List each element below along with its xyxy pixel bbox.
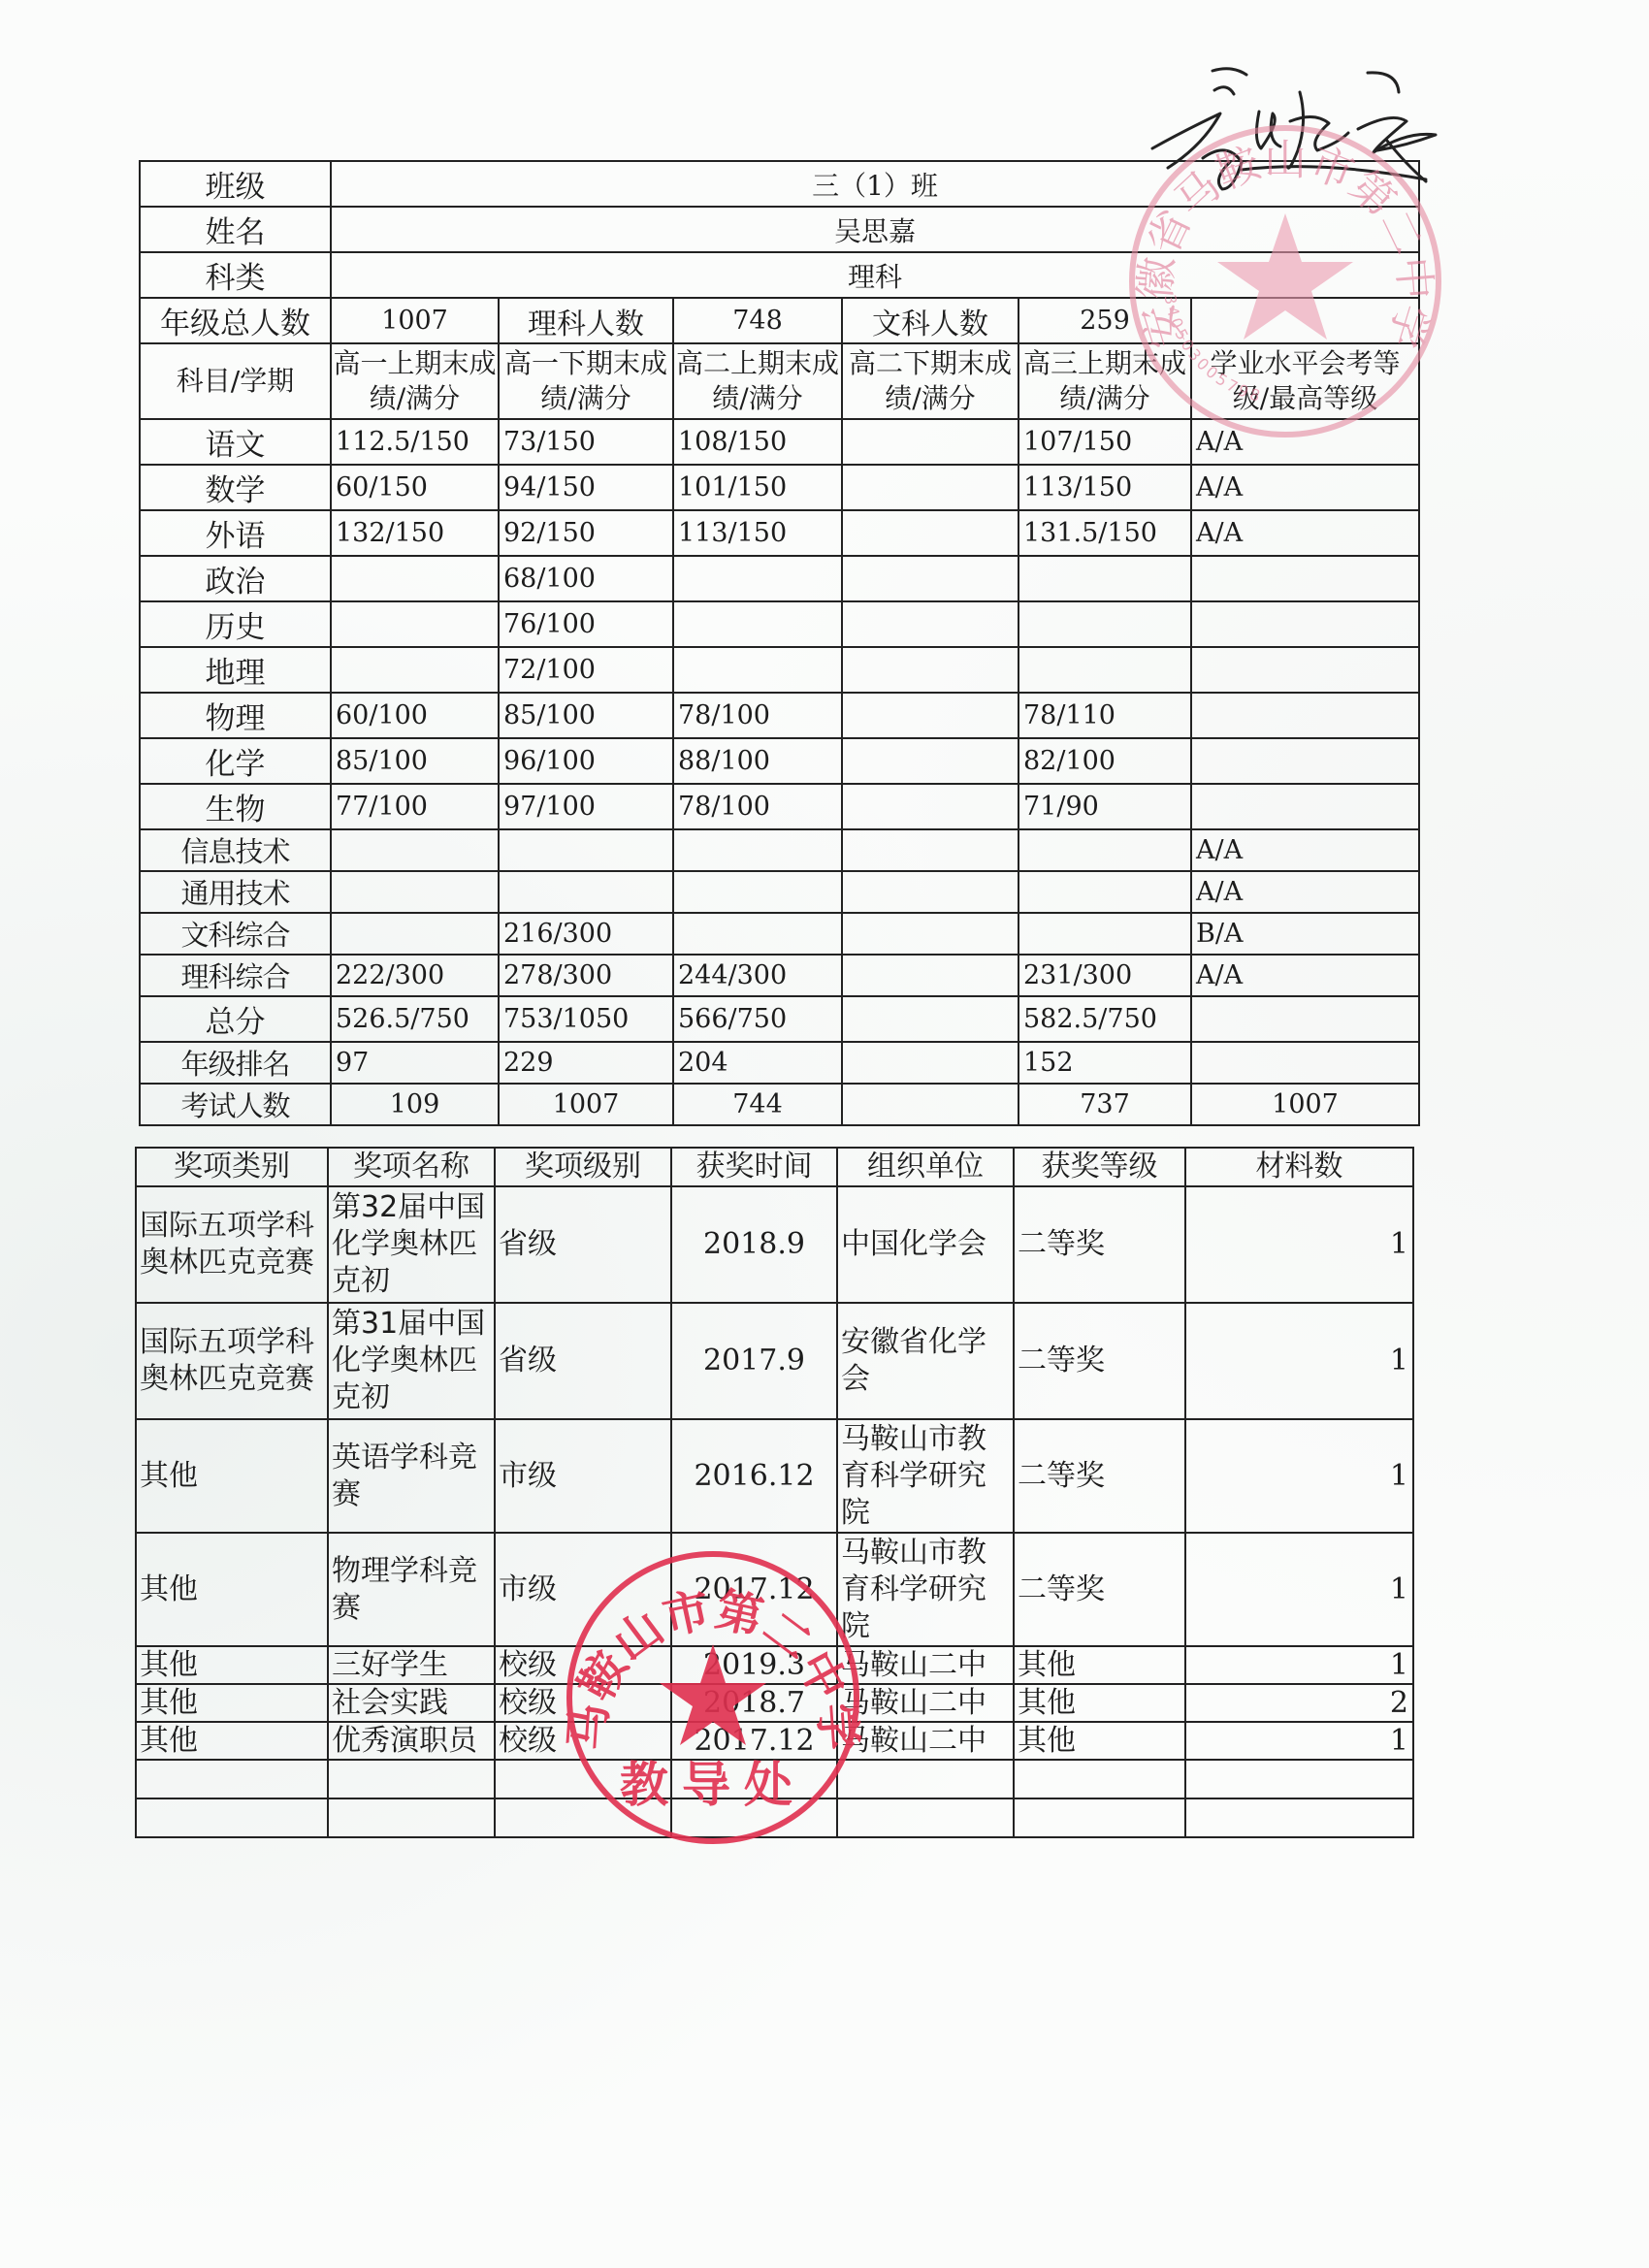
grade-cell: A/A [1191,510,1419,556]
grade-cell: 96/100 [499,738,673,784]
grade-cell: 278/300 [499,955,673,996]
award-grade: 二等奖 [1014,1303,1185,1419]
grade-cell: 60/150 [331,465,499,510]
grade-cell [842,693,1018,738]
science-count-label: 理科人数 [499,298,673,343]
term-header: 学业水平会考等级/最高等级 [1191,343,1419,419]
grade-cell [842,556,1018,601]
grade-row: 信息技术A/A [140,829,1419,871]
grade-cell [331,601,499,647]
empty-cell [1014,1798,1185,1837]
award-date: 2018.7 [671,1684,837,1722]
award-level: 省级 [495,1186,671,1303]
science-count-value: 748 [673,298,842,343]
grade-cell: 97 [331,1042,499,1084]
subject-label: 数学 [140,465,331,510]
grade-cell [1191,556,1419,601]
award-grade: 二等奖 [1014,1533,1185,1646]
exam-count-cell: 1007 [499,1084,673,1125]
grade-cell [842,955,1018,996]
grade-cell [673,601,842,647]
grade-cell [842,465,1018,510]
grade-cell [842,738,1018,784]
grade-cell [1018,871,1191,913]
grade-rows: 语文112.5/15073/150108/150107/150A/A数学60/1… [140,419,1419,1084]
grade-row: 通用技术A/A [140,871,1419,913]
award-category: 其他 [136,1722,328,1760]
award-grade: 其他 [1014,1722,1185,1760]
award-category: 国际五项学科奥林匹克竞赛 [136,1186,328,1303]
grade-cell: 131.5/150 [1018,510,1191,556]
award-column-header: 获奖等级 [1014,1148,1185,1186]
empty-cell [136,1760,328,1798]
award-date: 2018.9 [671,1186,837,1303]
empty-cell [1185,1760,1413,1798]
grade-row: 外语132/15092/150113/150131.5/150A/A [140,510,1419,556]
award-column-header: 组织单位 [837,1148,1014,1186]
grade-cell [673,829,842,871]
counts-row: 年级总人数 1007 理科人数 748 文科人数 259 [140,298,1419,343]
award-organizer: 马鞍山二中 [837,1722,1014,1760]
term-header: 高二下期末成绩/满分 [842,343,1018,419]
grade-cell: B/A [1191,913,1419,955]
award-date: 2017.9 [671,1303,837,1419]
award-grade: 其他 [1014,1684,1185,1722]
grade-cell [1018,556,1191,601]
grade-cell [331,829,499,871]
grade-cell [331,913,499,955]
award-date: 2017.12 [671,1722,837,1760]
award-materials: 1 [1185,1186,1413,1303]
empty-cell [1014,1760,1185,1798]
award-column-header: 奖项类别 [136,1148,328,1186]
grade-cell [842,647,1018,693]
subject-label: 政治 [140,556,331,601]
empty-cell [328,1798,495,1837]
empty-cell [495,1760,671,1798]
award-category: 其他 [136,1419,328,1533]
grade-row: 年级排名97229204152 [140,1042,1419,1084]
grade-cell: 85/100 [499,693,673,738]
grade-cell: 566/750 [673,996,842,1042]
award-name: 社会实践 [328,1684,495,1722]
empty-cell [671,1798,837,1837]
award-row: 其他英语学科竞赛市级2016.12马鞍山市教育科学研究院二等奖1 [136,1419,1413,1533]
grade-cell: 231/300 [1018,955,1191,996]
award-level: 市级 [495,1419,671,1533]
award-organizer: 中国化学会 [837,1186,1014,1303]
subject-label: 总分 [140,996,331,1042]
empty-cell [328,1760,495,1798]
grade-cell [842,1042,1018,1084]
grade-cell [842,601,1018,647]
award-column-header: 材料数 [1185,1148,1413,1186]
award-grade: 二等奖 [1014,1186,1185,1303]
grade-cell: 753/1050 [499,996,673,1042]
award-organizer: 马鞍山市教育科学研究院 [837,1533,1014,1646]
grade-cell: 85/100 [331,738,499,784]
grade-cell [842,829,1018,871]
grade-cell [842,996,1018,1042]
grade-cell [499,871,673,913]
award-organizer: 马鞍山二中 [837,1646,1014,1684]
subject-label: 年级排名 [140,1042,331,1084]
grade-cell [842,913,1018,955]
class-label: 班级 [140,161,331,207]
award-row: 其他社会实践校级2018.7马鞍山二中其他2 [136,1684,1413,1722]
term-header: 高二上期末成绩/满分 [673,343,842,419]
term-header: 高一上期末成绩/满分 [331,343,499,419]
grade-cell [1191,647,1419,693]
awards-table: 奖项类别奖项名称奖项级别获奖时间组织单位获奖等级材料数 国际五项学科奥林匹克竞赛… [135,1147,1414,1838]
grade-cell: 71/90 [1018,784,1191,829]
subject-label: 通用技术 [140,871,331,913]
subject-label: 外语 [140,510,331,556]
award-materials: 1 [1185,1303,1413,1419]
grade-cell [1018,601,1191,647]
empty-cell [1191,298,1419,343]
grade-cell: A/A [1191,871,1419,913]
grade-cell: 73/150 [499,419,673,465]
subject-label: 历史 [140,601,331,647]
grade-row: 理科综合222/300278/300244/300231/300A/A [140,955,1419,996]
grade-row: 文科综合216/300B/A [140,913,1419,955]
grade-cell: A/A [1191,419,1419,465]
grade-cell [331,647,499,693]
empty-cell [837,1760,1014,1798]
arts-count-value: 259 [1018,298,1191,343]
award-name: 三好学生 [328,1646,495,1684]
track-label: 科类 [140,252,331,298]
award-category: 其他 [136,1533,328,1646]
student-name: 吴思嘉 [331,207,1419,252]
grade-cell [673,647,842,693]
grade-cell [842,510,1018,556]
grade-cell [673,556,842,601]
grade-cell: 78/110 [1018,693,1191,738]
award-grade: 其他 [1014,1646,1185,1684]
subject-label: 化学 [140,738,331,784]
grade-total-label: 年级总人数 [140,298,331,343]
grade-cell: 76/100 [499,601,673,647]
grade-cell: 229 [499,1042,673,1084]
grade-cell: A/A [1191,829,1419,871]
award-date: 2019.3 [671,1646,837,1684]
grade-cell [1191,1042,1419,1084]
grade-cell: 222/300 [331,955,499,996]
grade-cell: 77/100 [331,784,499,829]
award-row: 国际五项学科奥林匹克竞赛第31届中国化学奥林匹克初省级2017.9安徽省化学会二… [136,1303,1413,1419]
subject-label: 物理 [140,693,331,738]
award-name: 第31届中国化学奥林匹克初 [328,1303,495,1419]
grade-cell [331,871,499,913]
empty-cell [1185,1798,1413,1837]
grade-cell: 97/100 [499,784,673,829]
subject-label: 地理 [140,647,331,693]
term-header-row: 科目/学期 高一上期末成绩/满分高一下期末成绩/满分高二上期末成绩/满分高二下期… [140,343,1419,419]
grade-row: 政治68/100 [140,556,1419,601]
grade-cell [842,871,1018,913]
class-value: 三（1）班 [331,161,1419,207]
grade-total-value: 1007 [331,298,499,343]
award-row: 国际五项学科奥林匹克竞赛第32届中国化学奥林匹克初省级2018.9中国化学会二等… [136,1186,1413,1303]
subject-label: 生物 [140,784,331,829]
award-column-header: 奖项级别 [495,1148,671,1186]
award-level: 校级 [495,1646,671,1684]
grade-row: 总分526.5/750753/1050566/750582.5/750 [140,996,1419,1042]
award-column-header: 奖项名称 [328,1148,495,1186]
grade-row: 地理72/100 [140,647,1419,693]
grade-row: 历史76/100 [140,601,1419,647]
award-date: 2017.12 [671,1533,837,1646]
award-organizer: 安徽省化学会 [837,1303,1014,1419]
exam-count-label: 考试人数 [140,1084,331,1125]
grade-row: 生物77/10097/10078/10071/90 [140,784,1419,829]
award-category: 其他 [136,1684,328,1722]
exam-count-cell: 1007 [1191,1084,1419,1125]
award-row: 其他三好学生校级2019.3马鞍山二中其他1 [136,1646,1413,1684]
award-name: 第32届中国化学奥林匹克初 [328,1186,495,1303]
grade-cell [1191,784,1419,829]
term-header: 高一下期末成绩/满分 [499,343,673,419]
award-level: 省级 [495,1303,671,1419]
award-materials: 1 [1185,1722,1413,1760]
grade-cell [1191,996,1419,1042]
empty-cell [671,1760,837,1798]
grade-cell [1018,829,1191,871]
grade-cell: 92/150 [499,510,673,556]
subject-label: 信息技术 [140,829,331,871]
grade-cell [1018,647,1191,693]
empty-cell [136,1798,328,1837]
award-level: 校级 [495,1722,671,1760]
award-name: 英语学科竞赛 [328,1419,495,1533]
grade-cell: 108/150 [673,419,842,465]
grade-cell: 204 [673,1042,842,1084]
award-materials: 1 [1185,1646,1413,1684]
grades-table: 班级 三（1）班 姓名 吴思嘉 科类 理科 年级总人数 1007 理科人数 74… [139,160,1420,1126]
award-name: 物理学科竞赛 [328,1533,495,1646]
award-category: 国际五项学科奥林匹克竞赛 [136,1303,328,1419]
grade-cell [673,913,842,955]
grade-cell: 216/300 [499,913,673,955]
grade-row: 语文112.5/15073/150108/150107/150A/A [140,419,1419,465]
grade-row: 数学60/15094/150101/150113/150A/A [140,465,1419,510]
grade-cell: 582.5/750 [1018,996,1191,1042]
grade-cell [842,419,1018,465]
grade-cell [673,871,842,913]
grade-cell [1018,913,1191,955]
track-row: 科类 理科 [140,252,1419,298]
award-row: 其他优秀演职员校级2017.12马鞍山二中其他1 [136,1722,1413,1760]
grade-cell: 112.5/150 [331,419,499,465]
class-row: 班级 三（1）班 [140,161,1419,207]
grade-cell: 88/100 [673,738,842,784]
grade-cell: 68/100 [499,556,673,601]
award-date: 2016.12 [671,1419,837,1533]
grade-cell [1191,693,1419,738]
exam-count-cell [842,1084,1018,1125]
award-materials: 1 [1185,1419,1413,1533]
name-row: 姓名 吴思嘉 [140,207,1419,252]
subject-label: 文科综合 [140,913,331,955]
corner-label: 科目/学期 [140,343,331,419]
award-row-empty [136,1760,1413,1798]
name-label: 姓名 [140,207,331,252]
award-organizer: 马鞍山市教育科学研究院 [837,1419,1014,1533]
exam-count-cell: 737 [1018,1084,1191,1125]
award-materials: 2 [1185,1684,1413,1722]
award-level: 校级 [495,1684,671,1722]
grade-cell [1191,601,1419,647]
exam-count-cell: 109 [331,1084,499,1125]
empty-cell [495,1798,671,1837]
grade-cell [499,829,673,871]
grade-cell: 60/100 [331,693,499,738]
exam-count-cell: 744 [673,1084,842,1125]
grade-cell [331,556,499,601]
grade-cell: 78/100 [673,693,842,738]
grade-cell: 101/150 [673,465,842,510]
track-value: 理科 [331,252,1419,298]
grade-cell: 113/150 [673,510,842,556]
grade-row: 化学85/10096/10088/10082/100 [140,738,1419,784]
grade-cell: 113/150 [1018,465,1191,510]
grade-cell: 132/150 [331,510,499,556]
grade-cell: A/A [1191,465,1419,510]
award-category: 其他 [136,1646,328,1684]
arts-count-label: 文科人数 [842,298,1018,343]
awards-header-row: 奖项类别奖项名称奖项级别获奖时间组织单位获奖等级材料数 [136,1148,1413,1186]
award-row-empty [136,1798,1413,1837]
exam-count-row: 考试人数 10910077447371007 [140,1084,1419,1125]
grade-cell [842,784,1018,829]
grade-cell: 107/150 [1018,419,1191,465]
term-header: 高三上期末成绩/满分 [1018,343,1191,419]
empty-cell [837,1798,1014,1837]
subject-label: 语文 [140,419,331,465]
award-materials: 1 [1185,1533,1413,1646]
award-level: 市级 [495,1533,671,1646]
grade-cell: A/A [1191,955,1419,996]
award-column-header: 获奖时间 [671,1148,837,1186]
grade-cell: 244/300 [673,955,842,996]
grade-cell: 82/100 [1018,738,1191,784]
grade-cell: 94/150 [499,465,673,510]
grade-cell: 526.5/750 [331,996,499,1042]
award-rows: 国际五项学科奥林匹克竞赛第32届中国化学奥林匹克初省级2018.9中国化学会二等… [136,1186,1413,1837]
award-name: 优秀演职员 [328,1722,495,1760]
grade-cell: 72/100 [499,647,673,693]
grade-row: 物理60/10085/10078/10078/110 [140,693,1419,738]
award-grade: 二等奖 [1014,1419,1185,1533]
award-row: 其他物理学科竞赛市级2017.12马鞍山市教育科学研究院二等奖1 [136,1533,1413,1646]
grade-cell: 78/100 [673,784,842,829]
grade-cell: 152 [1018,1042,1191,1084]
subject-label: 理科综合 [140,955,331,996]
award-organizer: 马鞍山二中 [837,1684,1014,1722]
grade-cell [1191,738,1419,784]
